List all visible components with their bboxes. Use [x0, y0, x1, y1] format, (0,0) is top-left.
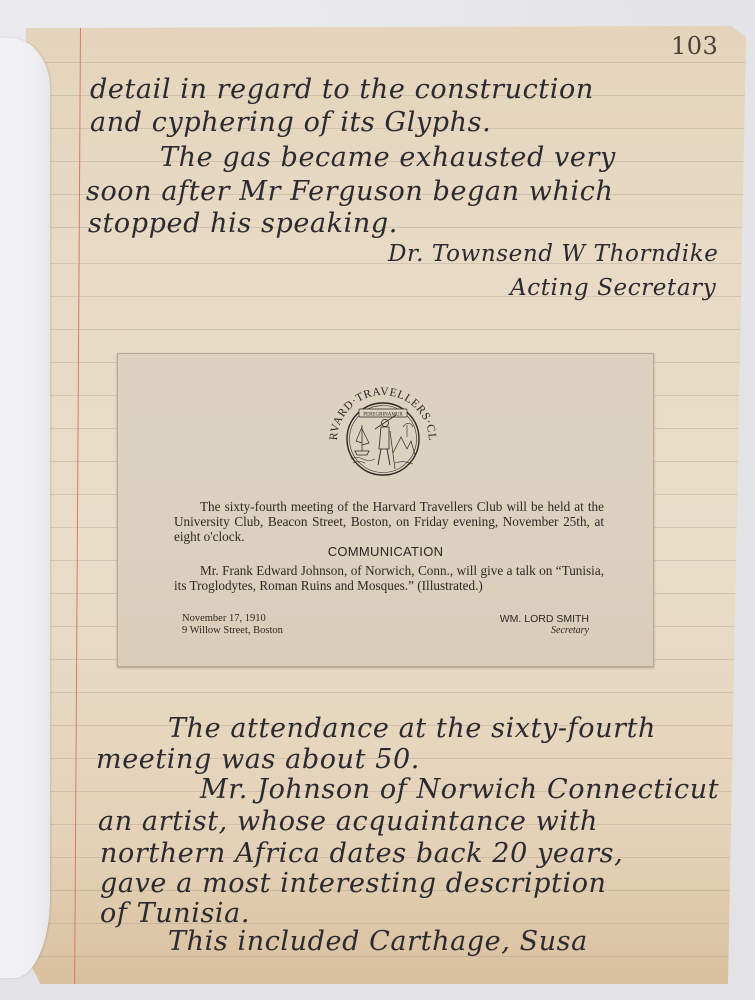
signature-title: Acting Secretary: [510, 275, 716, 301]
signer-name: WM. LORD SMITH: [500, 613, 589, 625]
signature-name: Dr. Townsend W Thorndike: [388, 241, 718, 267]
handwritten-line: Mr. Johnson of Norwich Connecticut: [200, 774, 719, 805]
club-seal-icon: ·HARVARD·TRAVELLERS·CLUB· PEREGRINAMUR: [323, 371, 443, 491]
communication-block: Mr. Frank Edward Johnson, of Norwich, Co…: [174, 563, 604, 593]
handwritten-line: stopped his speaking.: [88, 208, 398, 239]
handwritten-line: soon after Mr Ferguson began which: [86, 176, 613, 207]
handwritten-line: an artist, whose acquaintance with: [98, 806, 598, 837]
page-number: 103: [671, 32, 718, 60]
handwritten-line: northern Africa dates back 20 years,: [100, 838, 623, 869]
handwritten-line: This included Carthage, Susa: [168, 926, 588, 957]
invitation-card: ·HARVARD·TRAVELLERS·CLUB· PEREGRINAMUR T…: [117, 353, 654, 667]
seal-banner-text: PEREGRINAMUR: [363, 413, 403, 418]
meeting-notice: The sixty-fourth meeting of the Harvard …: [174, 499, 604, 544]
ruled-line: [26, 329, 746, 330]
handwritten-line: meeting was about 50.: [96, 744, 420, 775]
card-date: November 17, 1910: [182, 613, 283, 625]
facing-page-curl: [0, 38, 50, 978]
ruled-line: [26, 62, 746, 63]
handwritten-line: The gas became exhausted very: [160, 142, 616, 173]
communication-heading: COMMUNICATION: [118, 544, 653, 559]
handwritten-line: detail in regard to the construction: [90, 74, 594, 105]
handwritten-line: and cyphering of its Glyphs.: [90, 107, 491, 138]
meeting-notice-text: The sixty-fourth meeting of the Harvard …: [174, 499, 604, 544]
handwritten-line: of Tunisia.: [100, 898, 250, 929]
card-address: 9 Willow Street, Boston: [182, 625, 283, 637]
communication-text: Mr. Frank Edward Johnson, of Norwich, Co…: [174, 563, 604, 593]
signer-role: Secretary: [500, 625, 589, 637]
handwritten-line: The attendance at the sixty-fourth: [168, 713, 656, 744]
handwritten-line: gave a most interesting description: [100, 868, 607, 899]
ruled-line: [26, 692, 746, 693]
card-date-address: November 17, 1910 9 Willow Street, Bosto…: [182, 613, 283, 637]
margin-line: [74, 26, 81, 984]
card-signer: WM. LORD SMITH Secretary: [500, 613, 589, 637]
